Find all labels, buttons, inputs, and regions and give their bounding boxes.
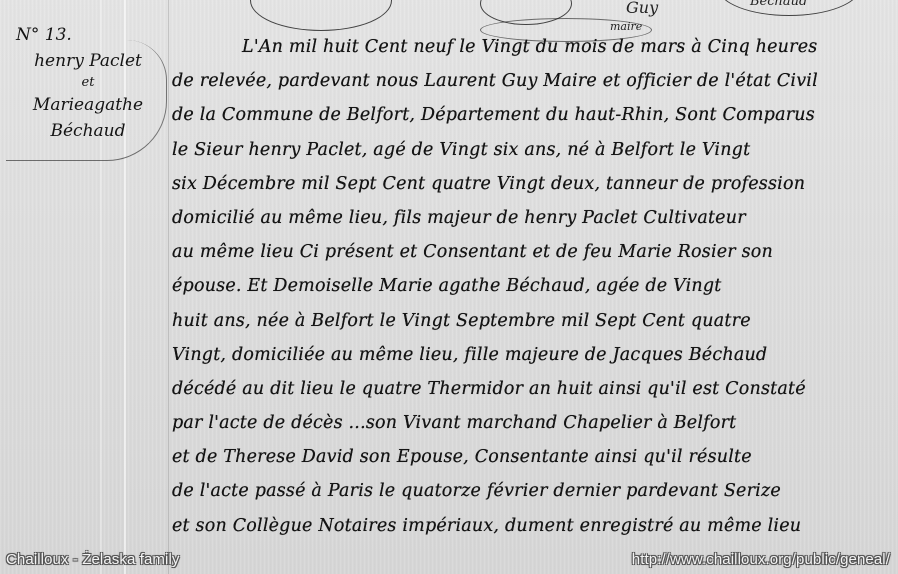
body-line: épouse. Et Demoiselle Marie agathe Bécha… — [172, 269, 892, 303]
body-line: décédé au dit lieu le quatre Thermidor a… — [172, 372, 892, 406]
body-line: L'An mil huit Cent neuf le Vingt du mois… — [172, 30, 892, 64]
body-line: huit ans, née à Belfort le Vingt Septemb… — [172, 304, 892, 338]
record-body: L'An mil huit Cent neuf le Vingt du mois… — [172, 30, 892, 543]
body-line: Vingt, domiciliée au même lieu, fille ma… — [172, 338, 892, 372]
body-line: au même lieu Ci présent et Consentant et… — [172, 235, 892, 269]
margin-groom-name: henry Paclet — [8, 48, 168, 74]
signature-flourish — [250, 0, 392, 31]
margin-note: N° 13. henry Paclet et Marieagathe Bécha… — [8, 22, 168, 144]
body-line: par l'acte de décès ...son Vivant marcha… — [172, 406, 892, 440]
margin-bride-surname: Béchaud — [8, 118, 168, 144]
body-line: et son Collègue Notaires impériaux, dume… — [172, 509, 892, 543]
margin-bride-first-name: Marieagathe — [8, 92, 168, 118]
document-scan: Guy maire Béchaud N° 13. henry Paclet et… — [0, 0, 898, 574]
watermark-family: Chailloux - Żelaska family — [6, 551, 180, 568]
margin-rule — [168, 0, 169, 574]
record-number: N° 13. — [8, 22, 168, 48]
body-line: et de Therese David son Epouse, Consenta… — [172, 440, 892, 474]
body-line: de la Commune de Belfort, Département du… — [172, 98, 892, 132]
watermark-url: http://www.chailloux.org/public/geneal/ — [632, 551, 890, 568]
body-line: de relevée, pardevant nous Laurent Guy M… — [172, 64, 892, 98]
signature-mayor: Guy — [626, 0, 658, 17]
body-line: six Décembre mil Sept Cent quatre Vingt … — [172, 167, 892, 201]
body-line: de l'acte passé à Paris le quatorze févr… — [172, 474, 892, 508]
body-line: le Sieur henry Paclet, agé de Vingt six … — [172, 133, 892, 167]
body-line: domicilié au même lieu, fils majeur de h… — [172, 201, 892, 235]
signature-bride: Béchaud — [750, 0, 807, 9]
margin-conjunction: et — [8, 74, 168, 92]
